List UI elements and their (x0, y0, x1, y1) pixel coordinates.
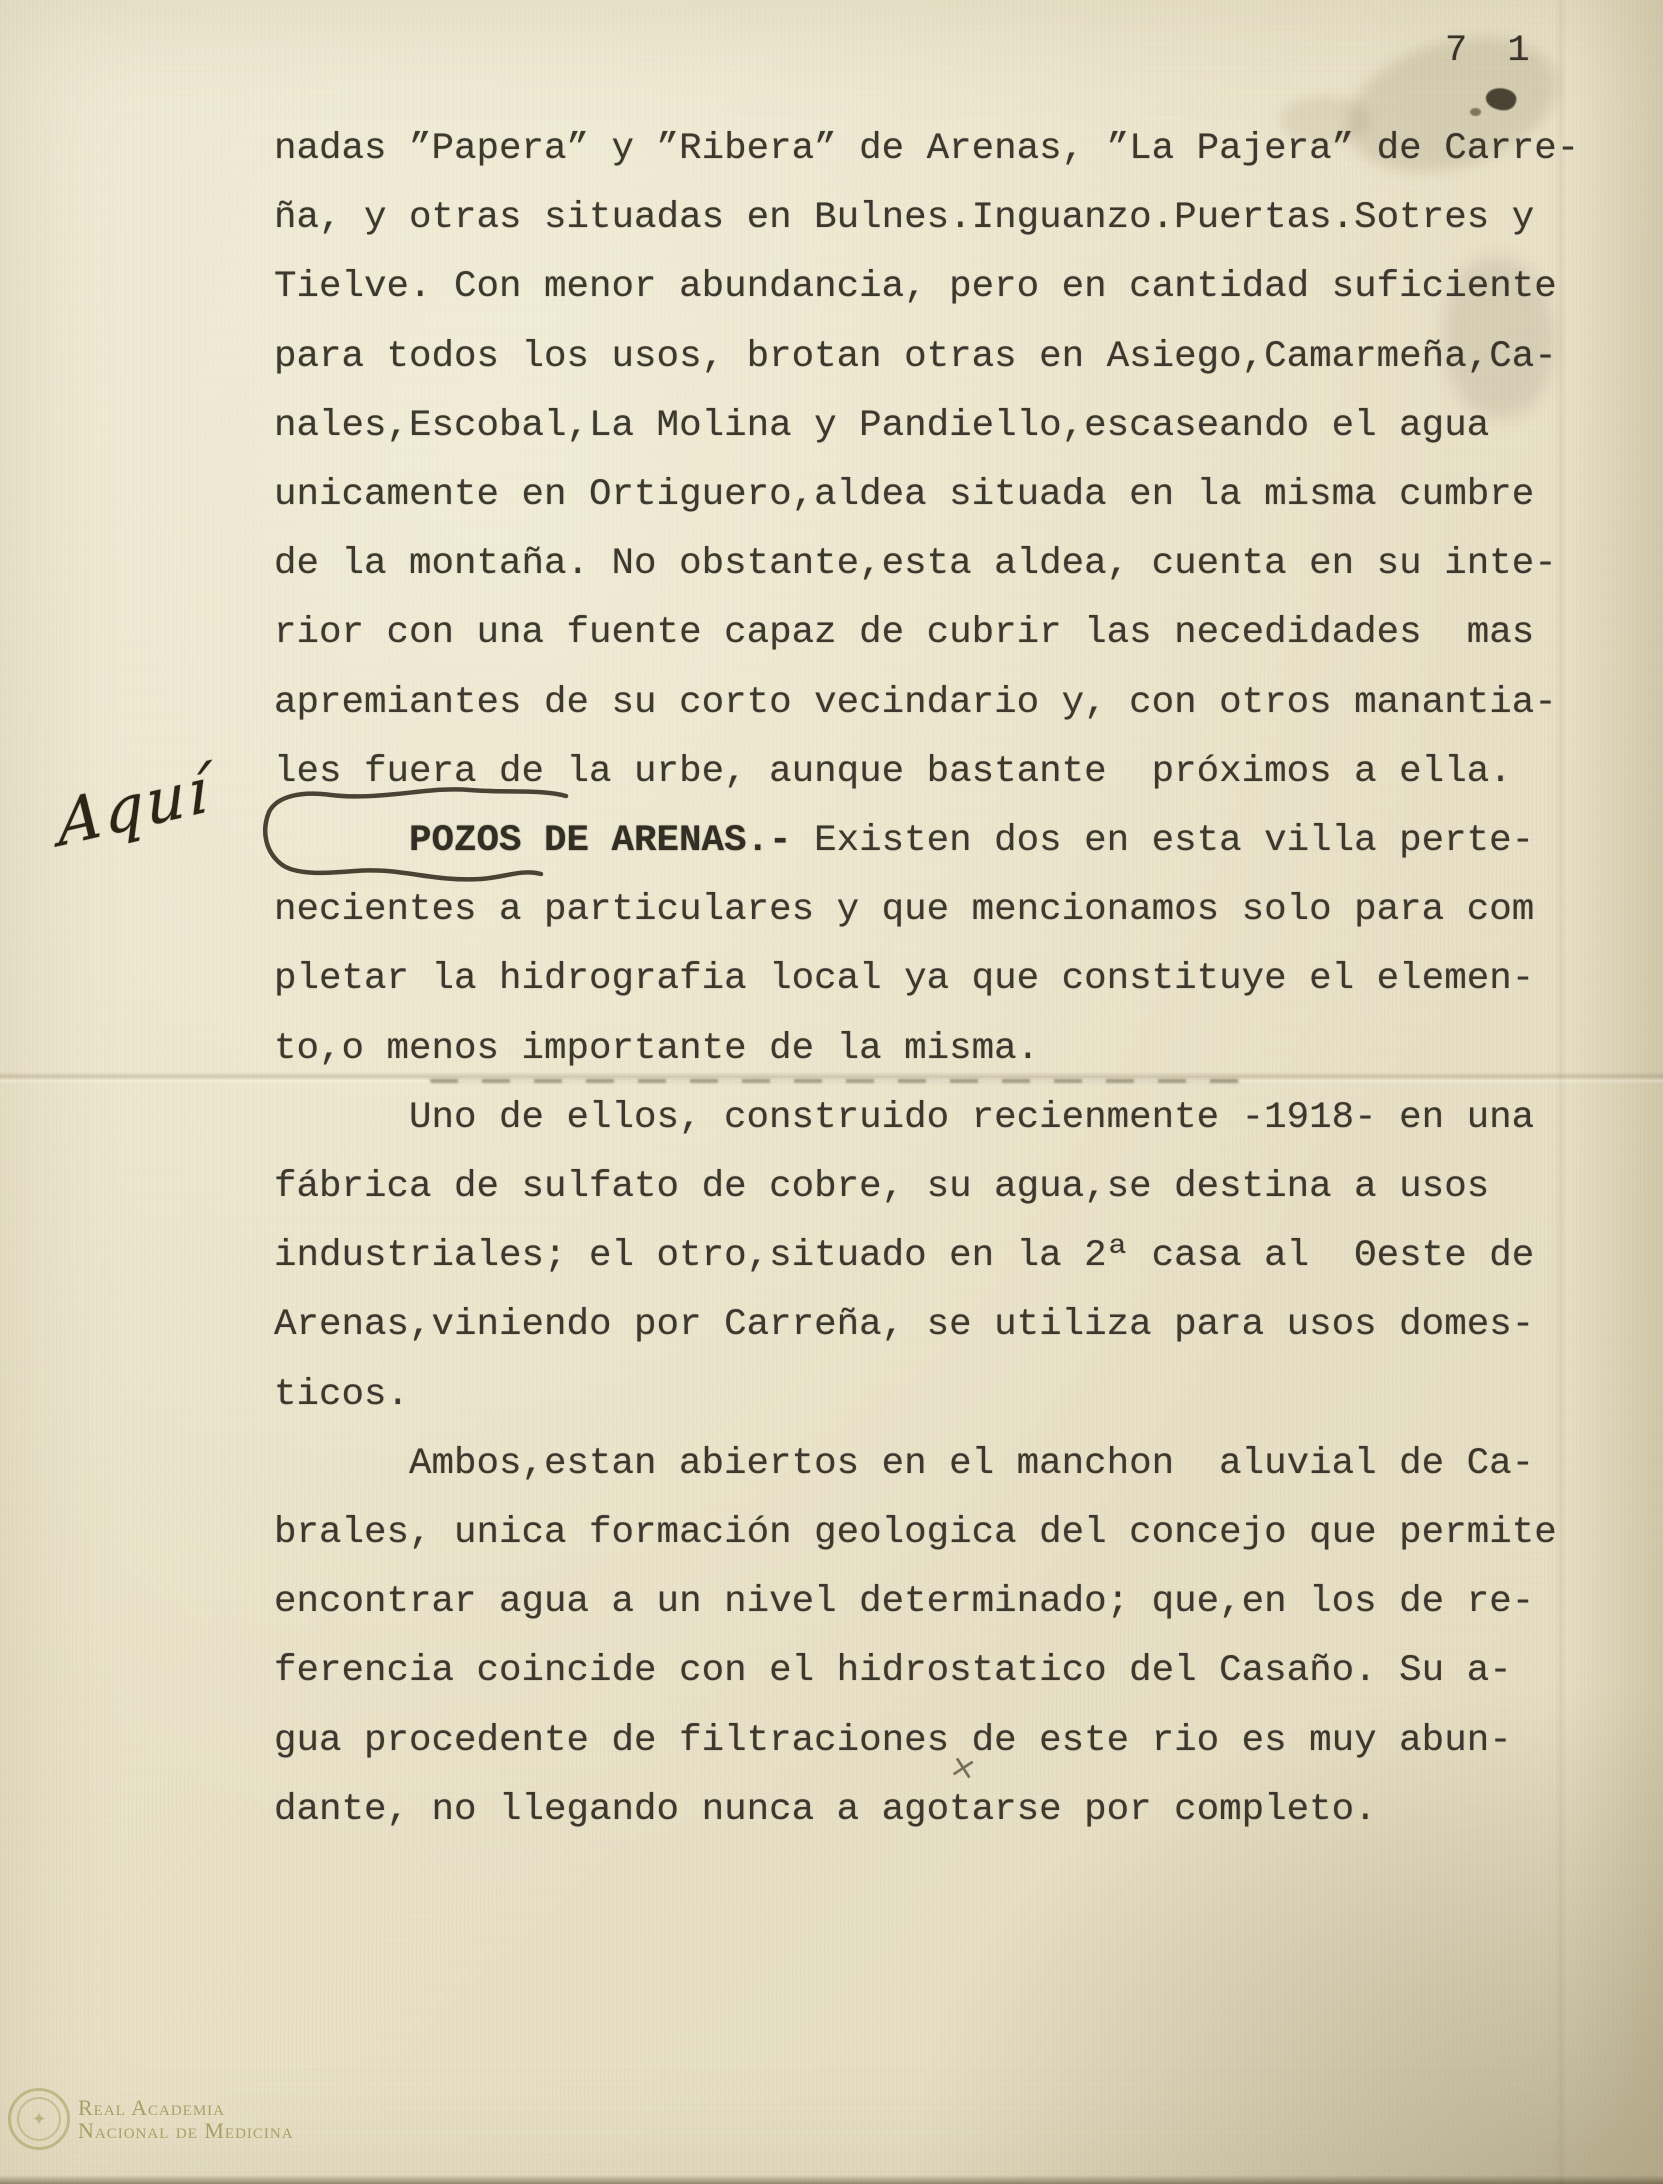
document-page: 7 1 nadas ”Papera” y ”Ribera” de Arenas,… (0, 0, 1663, 2184)
academy-seal-inner: ✦ (17, 2097, 61, 2141)
watermark-line2: Nacional de Medicina (78, 2119, 294, 2142)
typewritten-line: fábrica de sulfato de cobre, su agua,se … (274, 1167, 1489, 1207)
library-watermark: ✦ Real Academia Nacional de Medicina (8, 2088, 294, 2150)
typewritten-line: encontrar agua a un nivel determinado; q… (274, 1582, 1534, 1622)
typewritten-line: les fuera de la urbe, aunque bastante pr… (274, 752, 1512, 792)
typewritten-line: POZOS DE ARENAS.- Existen dos en esta vi… (409, 821, 1534, 861)
typewritten-line: nadas ”Papera” y ”Ribera” de Arenas, ”La… (274, 129, 1579, 169)
watermark-line1: Real Academia (78, 2096, 294, 2119)
typewritten-line: pletar la hidrografia local ya que const… (274, 959, 1534, 999)
typewritten-line: rior con una fuente capaz de cubrir las … (274, 613, 1534, 653)
typewritten-line: para todos los usos, brotan otras en Asi… (274, 337, 1557, 377)
typewritten-line: ticos. (274, 1375, 409, 1415)
typewritten-line: necientes a particulares y que mencionam… (274, 890, 1534, 930)
typewritten-line: nales,Escobal,La Molina y Pandiello,esca… (274, 406, 1489, 446)
watermark-text: Real Academia Nacional de Medicina (78, 2096, 294, 2142)
typewritten-line: Ambos,estan abiertos en el manchon aluvi… (409, 1444, 1534, 1484)
typewritten-text: nadas ”Papera” y ”Ribera” de Arenas, ”La… (0, 0, 1663, 2184)
typewritten-line: de la montaña. No obstante,esta aldea, c… (274, 544, 1557, 584)
typewritten-line: Tielve. Con menor abundancia, pero en ca… (274, 267, 1557, 307)
typewritten-line: ferencia coincide con el hidrostatico de… (274, 1651, 1512, 1691)
typewritten-line: dante, no llegando nunca a agotarse por … (274, 1790, 1377, 1830)
typewritten-line: ña, y otras situadas en Bulnes.Inguanzo.… (274, 198, 1534, 238)
typewritten-line: industriales; el otro,situado en la 2ª c… (274, 1236, 1534, 1276)
academy-seal-icon: ✦ (8, 2088, 70, 2150)
typewritten-line: brales, unica formación geologica del co… (274, 1513, 1557, 1553)
typewritten-line: gua procedente de filtraciones de este r… (274, 1721, 1512, 1761)
typewritten-line: unicamente en Ortiguero,aldea situada en… (274, 475, 1534, 515)
typewritten-line: to,o menos importante de la misma. (274, 1029, 1039, 1069)
typewritten-line: Uno de ellos, construido recienmente -19… (409, 1098, 1534, 1138)
typewritten-line: apremiantes de su corto vecindario y, co… (274, 683, 1557, 723)
typewritten-line: Arenas,viniendo por Carreña, se utiliza … (274, 1305, 1534, 1345)
